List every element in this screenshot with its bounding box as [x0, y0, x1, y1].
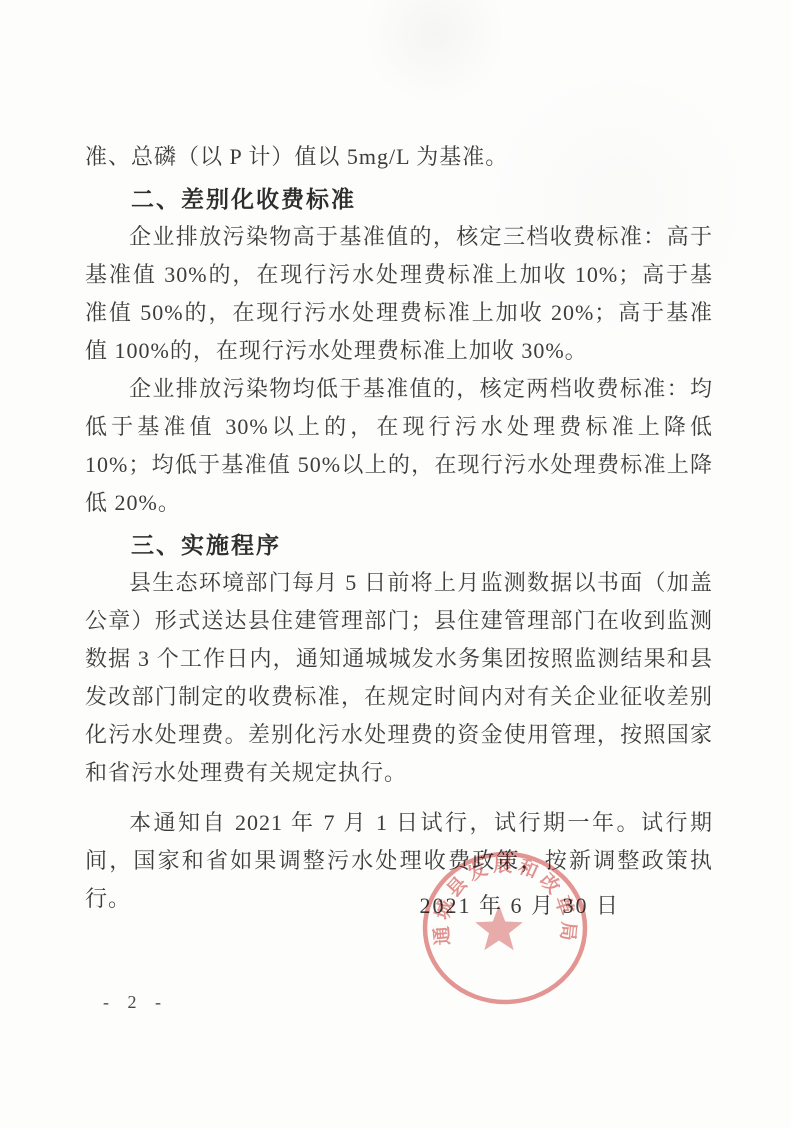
page-number: - 2 -	[103, 992, 168, 1013]
paragraph-fee-increase: 企业排放污染物高于基准值的，核定三档收费标准：高于基准值 30%的，在现行污水处…	[85, 218, 713, 370]
official-seal: 通城县发展和改革局	[420, 849, 592, 1009]
paragraph-continuation: 准、总磷（以 P 计）值以 5mg/L 为基准。	[85, 138, 713, 176]
seal-star-icon	[475, 905, 523, 950]
paragraph-implementation: 县生态环境部门每月 5 日前将上月监测数据以书面（加盖公章）形式送达县住建管理部…	[85, 564, 713, 792]
document-page: 准、总磷（以 P 计）值以 5mg/L 为基准。 二、差别化收费标准 企业排放污…	[0, 0, 791, 1128]
section-heading-3: 三、实施程序	[85, 526, 713, 564]
section-heading-2: 二、差别化收费标准	[85, 180, 713, 218]
paragraph-fee-decrease: 企业排放污染物均低于基准值的，核定两档收费标准：均低于基准值 30%以上的，在现…	[85, 370, 713, 522]
